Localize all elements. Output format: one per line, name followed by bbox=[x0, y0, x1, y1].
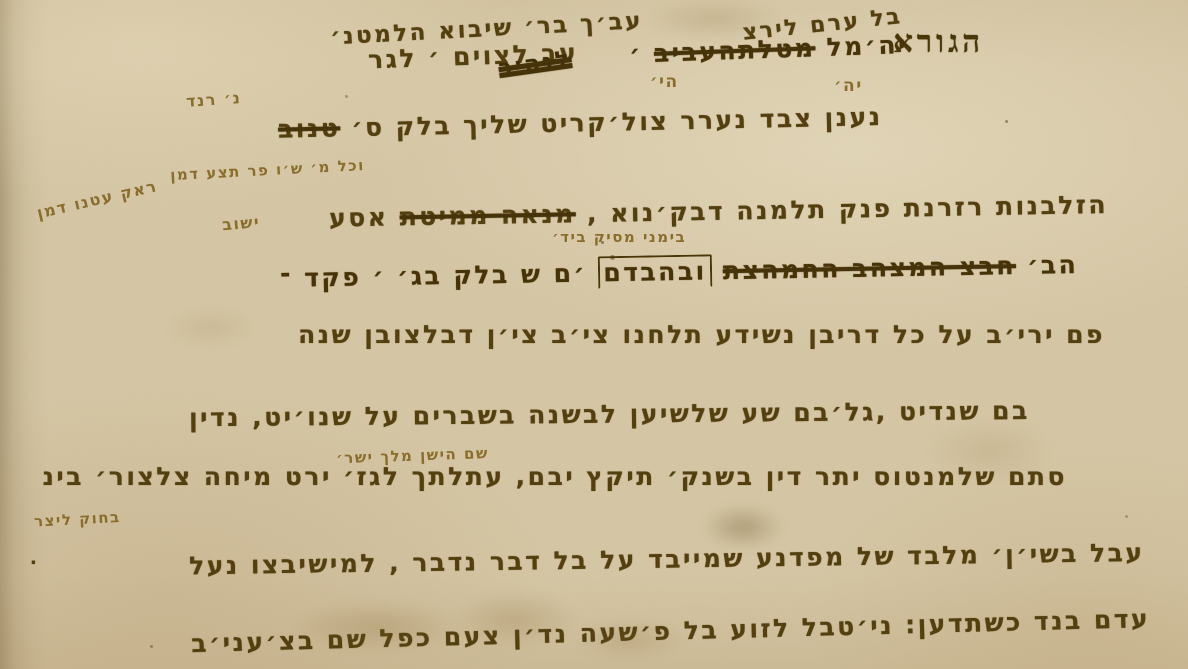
line1-main: יה׳מל מטלתהעביב ׳ bbox=[629, 30, 909, 69]
line2-strikethrough-segment: טנוב bbox=[277, 113, 340, 143]
line1-mark: ׳ bbox=[629, 39, 644, 68]
line2-superscript-left: נ׳ רנד bbox=[185, 88, 241, 111]
ink-stain bbox=[150, 300, 270, 355]
line5-main: פם ירי׳ב על כל דריבן נשידע תלחנו צי׳ב צי… bbox=[298, 320, 1105, 349]
line3-tail: אסע bbox=[329, 203, 389, 233]
margin-note-left-upper: ראק עטנו דמן bbox=[35, 176, 159, 222]
line2-text: נענן צבד נערר צול׳קריט שליך בלק ס׳ bbox=[351, 102, 883, 142]
interlinear-note-a: וכל מ׳ ש׳ו פר תצע דמן bbox=[170, 156, 365, 184]
margin-note-left-lower: בחוק ליצר bbox=[34, 508, 122, 531]
line3-text: הזלבנות רזרנת פנק תלמנה דבק׳נוא , bbox=[587, 190, 1109, 228]
line1-strikethrough-segment: מטלתהעביב bbox=[654, 33, 816, 68]
line6-main: בם שנדיט ,גל׳בם שע שלשיען לבשנה בשברים ע… bbox=[189, 396, 1030, 432]
line9-main: עדם בנד כשתדען: ני׳טבל לזוע בל פ׳שעה נד׳… bbox=[191, 604, 1151, 658]
line3-subscript-correction: ישוב bbox=[221, 212, 261, 234]
ink-speck bbox=[505, 215, 508, 218]
line4-boxed-word: ובהבדם bbox=[598, 254, 712, 289]
line8-main: עבל בשי׳ן׳ מלבד של מפדנע שמייבד על בל דב… bbox=[189, 538, 1145, 580]
line1-word: יה׳מל bbox=[826, 30, 908, 62]
line4-main: הב׳ חבצ המצהב החמהצת ובהבדם ׳ם ש בלק בג׳… bbox=[280, 250, 1079, 293]
line3-main: הזלבנות רזרנת פנק תלמנה דבק׳נוא , מנאה מ… bbox=[329, 190, 1108, 233]
line1-caret-note: הי׳ bbox=[650, 72, 679, 92]
line4-strikethrough-segment: חבצ המצהב החמהצת bbox=[722, 251, 1016, 285]
margin-note-punctuation: . bbox=[30, 548, 39, 569]
line2-superscript-right: יה׳ bbox=[834, 76, 863, 96]
line4-tail: ׳ם ש בלק בג׳ ׳ פקד ־ bbox=[280, 259, 587, 293]
line4-word: הב׳ bbox=[1027, 250, 1079, 280]
line2-main: נענן צבד נערר צול׳קריט שליך בלק ס׳ טנוב bbox=[277, 102, 882, 144]
line7-main: סתם שלמנטוס יתר דין בשנק׳ תיקץ יבם, עתלת… bbox=[43, 462, 1067, 491]
manuscript-page: הגורא בל ערם לירצ עב׳ך בר׳ שיבוא הלמטנ׳ … bbox=[0, 0, 1188, 669]
line3-strikethrough-segment: מנאה ממיטת bbox=[399, 199, 576, 231]
interlinear-note-b: בימני מסיק ביד׳ bbox=[552, 228, 686, 246]
